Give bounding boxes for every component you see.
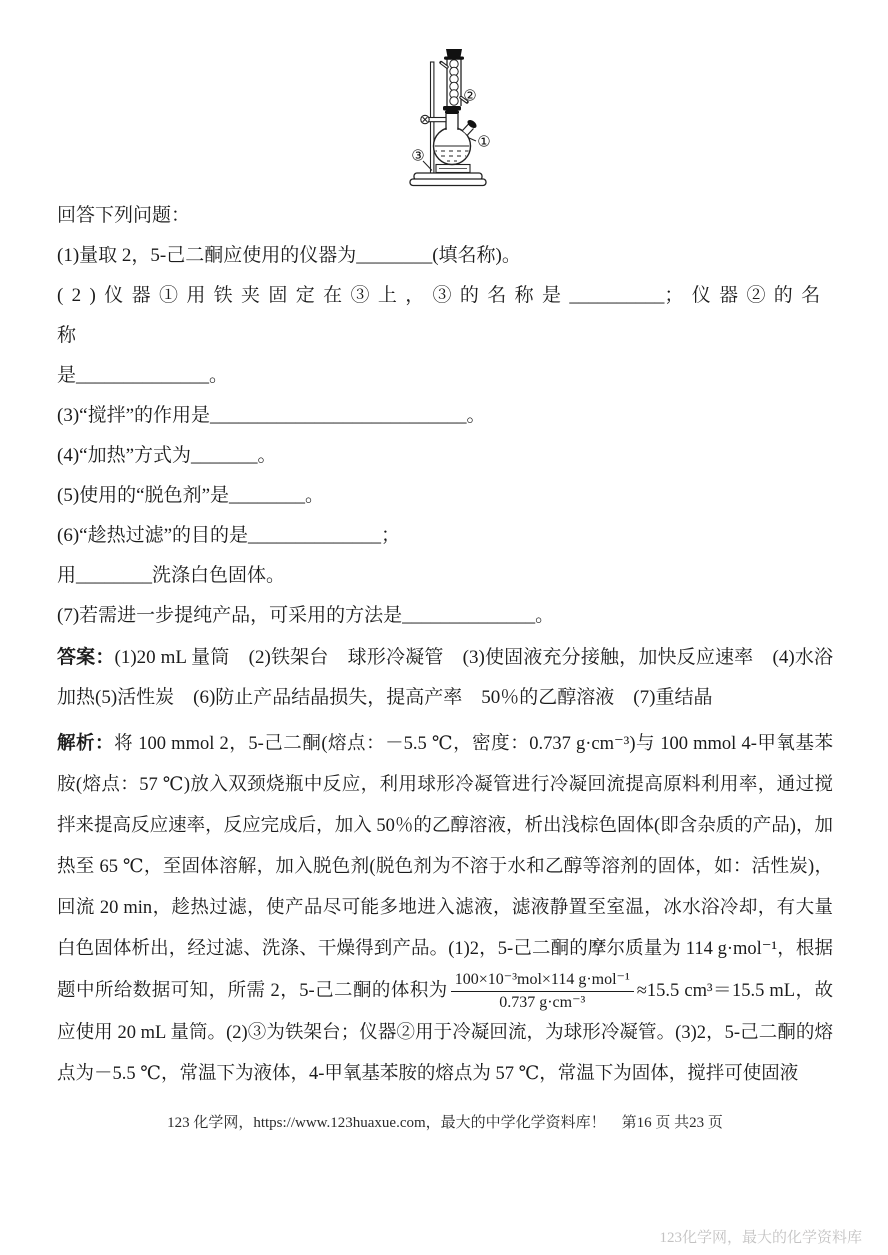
question-2-blank-1: __________ [569,285,664,306]
question-6: (6)“趁热过滤”的目的是______________； [57,516,833,556]
fraction-numerator: 100×10⁻³mol×114 g·mol⁻¹ [451,970,634,992]
question-2-text-c: 是 [57,365,76,386]
intro-text: 回答下列问题： [57,196,833,236]
apparatus-label-flask: ① [477,135,490,151]
condenser-top-stopper [446,49,462,57]
answer-text: (1)20 mL 量筒 (2)铁架台 球形冷凝管 (3)使固液充分接触，加快反应… [57,647,833,708]
question-2-text-a: (2)仪器①用铁夹固定在③上，③的名称是 [57,285,569,306]
footer-site-info: 123 化学网，https://www.123huaxue.com，最大的中学化… [167,1115,606,1131]
question-2-blank-2: ______________ [76,365,209,386]
reflux-apparatus-diagram: ② ① ③ [398,42,498,190]
question-3: (3)“搅拌”的作用是___________________________。 [57,396,833,436]
watermark-text: 123化学网，最大的化学资料库 [659,1226,862,1247]
volume-fraction: 100×10⁻³mol×114 g·mol⁻¹0.737 g·cm⁻³ [451,970,634,1013]
question-2: (2)仪器①用铁夹固定在③上，③的名称是__________；仪器②的名称是__… [57,276,833,396]
stand-base-bottom [410,179,486,186]
question-7: (7)若需进一步提纯产品，可采用的方法是______________。 [57,596,833,636]
condenser-bulbs [450,60,458,105]
apparatus-label-condenser: ② [463,89,476,105]
question-4: (4)“加热”方式为_______。 [57,436,833,476]
analysis-text-1: 将 100 mmol 2，5-己二酮(熔点：－5.5 ℃，密度：0.737 g·… [57,734,833,1001]
fraction-denominator: 0.737 g·cm⁻³ [451,992,634,1013]
condenser-joint [443,106,461,111]
analysis-paragraph: 解析：将 100 mmol 2，5-己二酮(熔点：－5.5 ℃，密度：0.737… [57,724,833,1095]
analysis-label: 解析： [57,734,114,754]
exam-page: ② ① ③ 回答下列问题： (1)量取 2，5-己二酮应使用的仪器为______… [0,0,888,1255]
question-2-text-d: 。 [209,365,228,386]
question-1: (1)量取 2，5-己二酮应使用的仪器为________(填名称)。 [57,236,833,276]
apparatus-label-stand: ③ [411,149,424,165]
answer-paragraph: 答案：(1)20 mL 量筒 (2)铁架台 球形冷凝管 (3)使固液充分接触，加… [57,638,833,718]
question-5: (5)使用的“脱色剂”是________。 [57,476,833,516]
question-6-continued: 用________洗涤白色固体。 [57,556,833,596]
page-footer: 123 化学网，https://www.123huaxue.com，最大的中学化… [57,1111,833,1132]
answer-label: 答案： [57,647,115,668]
apparatus-figure: ② ① ③ [398,42,498,190]
footer-page-number: 第16 页 共23 页 [622,1115,723,1131]
